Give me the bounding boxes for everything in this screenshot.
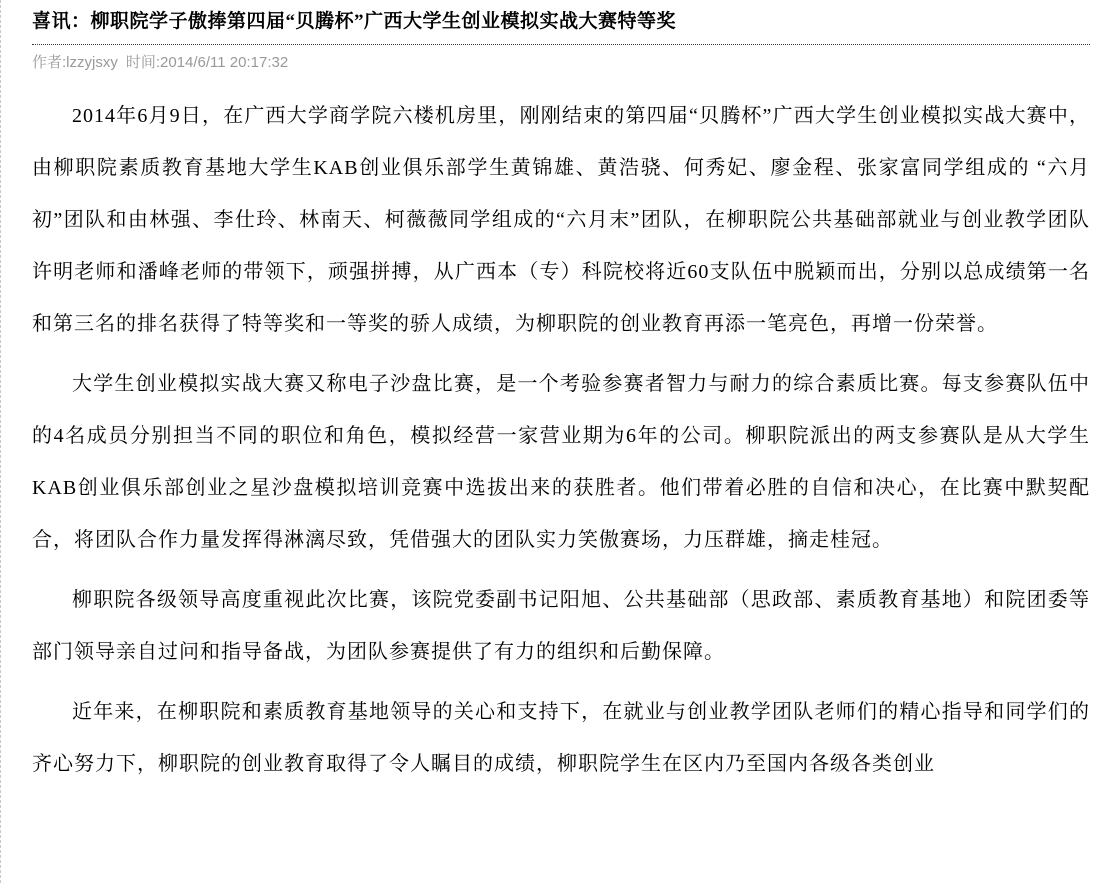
time-value: 2014/6/11 20:17:32 [160,54,288,71]
article-body: 2014年6月9日，在广西大学商学院六楼机房里，刚刚结束的第四届“贝腾杯”广西大… [32,90,1090,790]
time-label: 时间: [126,54,160,71]
article-title: 喜讯：柳职院学子傲捧第四届“贝腾杯”广西大学生创业模拟实战大赛特等奖 [32,9,1090,35]
article-content: 喜讯：柳职院学子傲捧第四届“贝腾杯”广西大学生创业模拟实战大赛特等奖 作者:lz… [1,0,1109,790]
article-page: 喜讯：柳职院学子傲捧第四届“贝腾杯”广西大学生创业模拟实战大赛特等奖 作者:lz… [0,0,1109,883]
author-value: lzzyjsxy [66,54,118,71]
article-header: 喜讯：柳职院学子傲捧第四届“贝腾杯”广西大学生创业模拟实战大赛特等奖 [32,9,1090,45]
article-paragraph-4: 近年来，在柳职院和素质教育基地领导的关心和支持下，在就业与创业教学团队老师们的精… [32,686,1090,790]
article-meta-line: 作者:lzzyjsxy时间:2014/6/11 20:17:32 [32,53,1090,73]
article-paragraph-2: 大学生创业模拟实战大赛又称电子沙盘比赛，是一个考验参赛者智力与耐力的综合素质比赛… [32,358,1090,566]
author-label: 作者: [32,54,66,71]
article-paragraph-1: 2014年6月9日，在广西大学商学院六楼机房里，刚刚结束的第四届“贝腾杯”广西大… [32,90,1090,350]
article-paragraph-3: 柳职院各级领导高度重视此次比赛，该院党委副书记阳旭、公共基础部（思政部、素质教育… [32,574,1090,678]
